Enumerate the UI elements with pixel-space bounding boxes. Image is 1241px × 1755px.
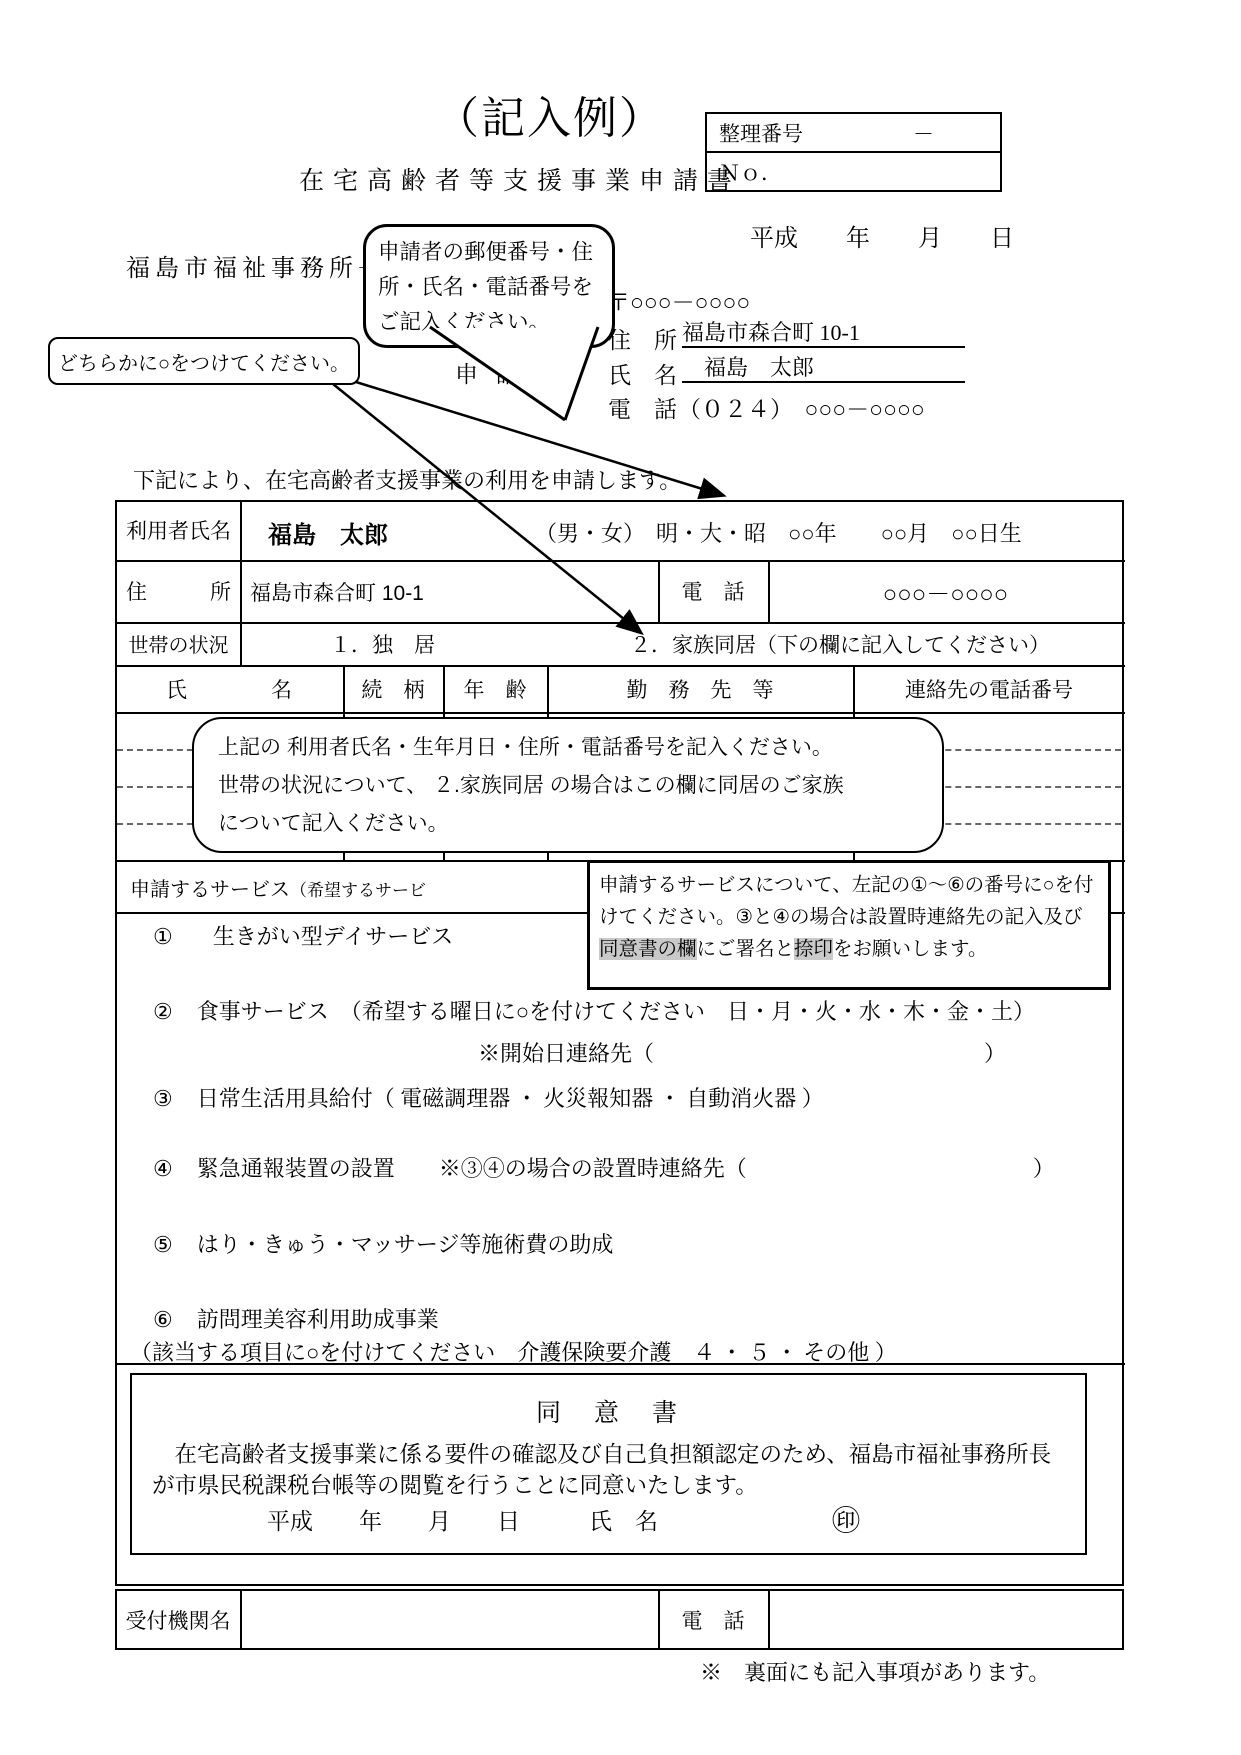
service-item-3-number: ③ — [153, 1086, 173, 1111]
agency-tel-label: 電 話 — [659, 1591, 767, 1648]
applicant-address-label: 住 所 — [608, 322, 677, 355]
applicant-note-bubble: 申請者の郵便番号・住 所・氏名・電話番号を ご記入ください。 — [363, 224, 615, 348]
services-note: （該当する項目に○を付けてください 介護保険要介護 ４ ・ ５ ・ その他 ） — [130, 1336, 897, 1367]
applicant-tel-value: （０２４） ○○○－○○○○ — [678, 391, 925, 424]
applicant-address-value: 福島市森合町 10-1 — [682, 316, 965, 348]
service-item-5-number: ⑤ — [153, 1232, 173, 1257]
service-item-5-text: はり・きゅう・マッサージ等施術費の助成 — [197, 1232, 614, 1257]
service-item-1-text: 生きがい型デイサービス — [213, 924, 453, 949]
tel-value: ○○○－○○○○ — [768, 560, 1123, 622]
service-item-2-text: 食事サービス （希望する曜日に○を付けてください 日・月・火・水・木・金・土） — [197, 999, 1035, 1024]
service-item-4-text: 緊急通報装置の設置 ※③④の場合の設置時連絡先（ ） — [197, 1156, 1055, 1181]
back-side-note: ※ 裏面にも記入事項があります。 — [700, 1656, 1050, 1687]
service-item-6-text: 訪問理美容利用助成事業 — [197, 1307, 439, 1332]
services-row-label: 申請するサービス（希望するサービ — [130, 873, 426, 902]
service-item-4-number: ④ — [153, 1156, 173, 1181]
family-header-relation: 続 柄 — [343, 665, 443, 712]
family-note-bubble: 上記の 利用者氏名・生年月日・住所・電話番号を記入ください。 世帯の状況について… — [192, 717, 944, 853]
service-item-4: ④緊急通報装置の設置 ※③④の場合の設置時連絡先（ ） — [153, 1152, 1055, 1183]
date-line: 平成 年 月 日 — [750, 218, 1014, 253]
agency-label: 受付機関名 — [117, 1591, 239, 1648]
service-item-1-number: ① — [153, 924, 173, 949]
table-line — [240, 1591, 242, 1648]
service-item-3: ③日常生活用具給付（ 電磁調理器 ・ 火災報知器 ・ 自動消火器 ） — [153, 1082, 824, 1113]
household-option-2: ２．家族同居（下の欄に記入してください） — [630, 629, 1050, 659]
household-label: 世帯の状況 — [117, 622, 240, 665]
declaration-line: 下記により、在宅高齢者支援事業の利用を申請します。 — [133, 464, 681, 495]
reference-number-value: － — [913, 118, 934, 148]
table-line — [115, 712, 1125, 714]
agency-row: 受付機関名 電 話 — [115, 1589, 1124, 1650]
service-item-1: ①生きがい型デイサービス — [153, 920, 453, 951]
reference-number-box: 整理番号 － Ｎｏ． — [705, 112, 1002, 192]
reference-number-label: 整理番号 — [719, 118, 803, 148]
user-name-value: 福島 太郎 — [268, 515, 388, 550]
address-label: 住 所 — [117, 560, 240, 622]
consent-date-name-line: 平成 年 月 日 氏 名 — [267, 1503, 658, 1536]
consent-box: 同 意 書 在宅高齢者支援事業に係る要件の確認及び自己負担額認定のため、福島市福… — [130, 1373, 1087, 1555]
services-instruction-box: 申請するサービスについて、左記の①～⑥の番号に○を付けてください。③と④の場合は… — [587, 860, 1111, 990]
service-item-3-text: 日常生活用具給付（ 電磁調理器 ・ 火災報知器 ・ 自動消火器 ） — [197, 1086, 824, 1111]
service-item-6: ⑥訪問理美容利用助成事業 — [153, 1303, 439, 1334]
services-row-label-paren: （希望するサービ — [290, 881, 426, 900]
service-item-2: ②食事サービス （希望する曜日に○を付けてください 日・月・火・水・木・金・土） — [153, 995, 1035, 1026]
applicant-name-value: 福島 太郎 — [682, 351, 965, 383]
family-header-workplace: 勤 務 先 等 — [547, 665, 853, 712]
seal-mark: ㊞ — [832, 1499, 860, 1539]
service-item-6-number: ⑥ — [153, 1307, 173, 1332]
circle-note-bubble: どちらかに○をつけてください。 — [48, 337, 360, 385]
birth-line: （男・女） 明・大・昭 ○○年 ○○月 ○○日生 — [535, 517, 1022, 548]
applicant-tel-label: 電 話 — [608, 391, 677, 424]
services-row-label-main: 申請するサービス — [130, 879, 290, 901]
applicant-label: 申 請 者 — [455, 356, 566, 389]
address-value: 福島市森合町 10-1 — [250, 577, 424, 607]
example-label: （記入例） — [420, 84, 680, 144]
tel-label: 電 話 — [658, 560, 768, 622]
family-header-age: 年 齢 — [443, 665, 547, 712]
table-line — [115, 622, 1125, 624]
user-name-label: 利用者氏名 — [117, 500, 240, 560]
no-label: Ｎｏ． — [719, 157, 782, 187]
table-line — [768, 1591, 770, 1648]
family-header-contact-tel: 連絡先の電話番号 — [853, 665, 1125, 712]
service-item-2-number: ② — [153, 999, 173, 1024]
consent-title: 同 意 書 — [132, 1393, 1085, 1429]
household-option-1: １．独 居 — [330, 629, 435, 659]
applicant-name-label: 氏 名 — [608, 357, 677, 390]
application-form-page: （記入例） 整理番号 － Ｎｏ． 在宅高齢者等支援事業申請書 平成 年 月 日 … — [0, 0, 1241, 1755]
service-item-2-contact-note: ※開始日連絡先（ ） — [478, 1037, 1006, 1068]
addressee: 福島市福祉事務所長 — [126, 248, 387, 283]
service-item-5: ⑤はり・きゅう・マッサージ等施術費の助成 — [153, 1228, 613, 1259]
family-header-name: 氏 名 — [115, 665, 343, 712]
table-line — [240, 500, 242, 665]
applicant-postal: 〒○○○－○○○○ — [607, 284, 750, 317]
consent-body: 在宅高齢者支援事業に係る要件の確認及び自己負担額認定のため、福島市福祉事務所長 … — [152, 1439, 1065, 1501]
